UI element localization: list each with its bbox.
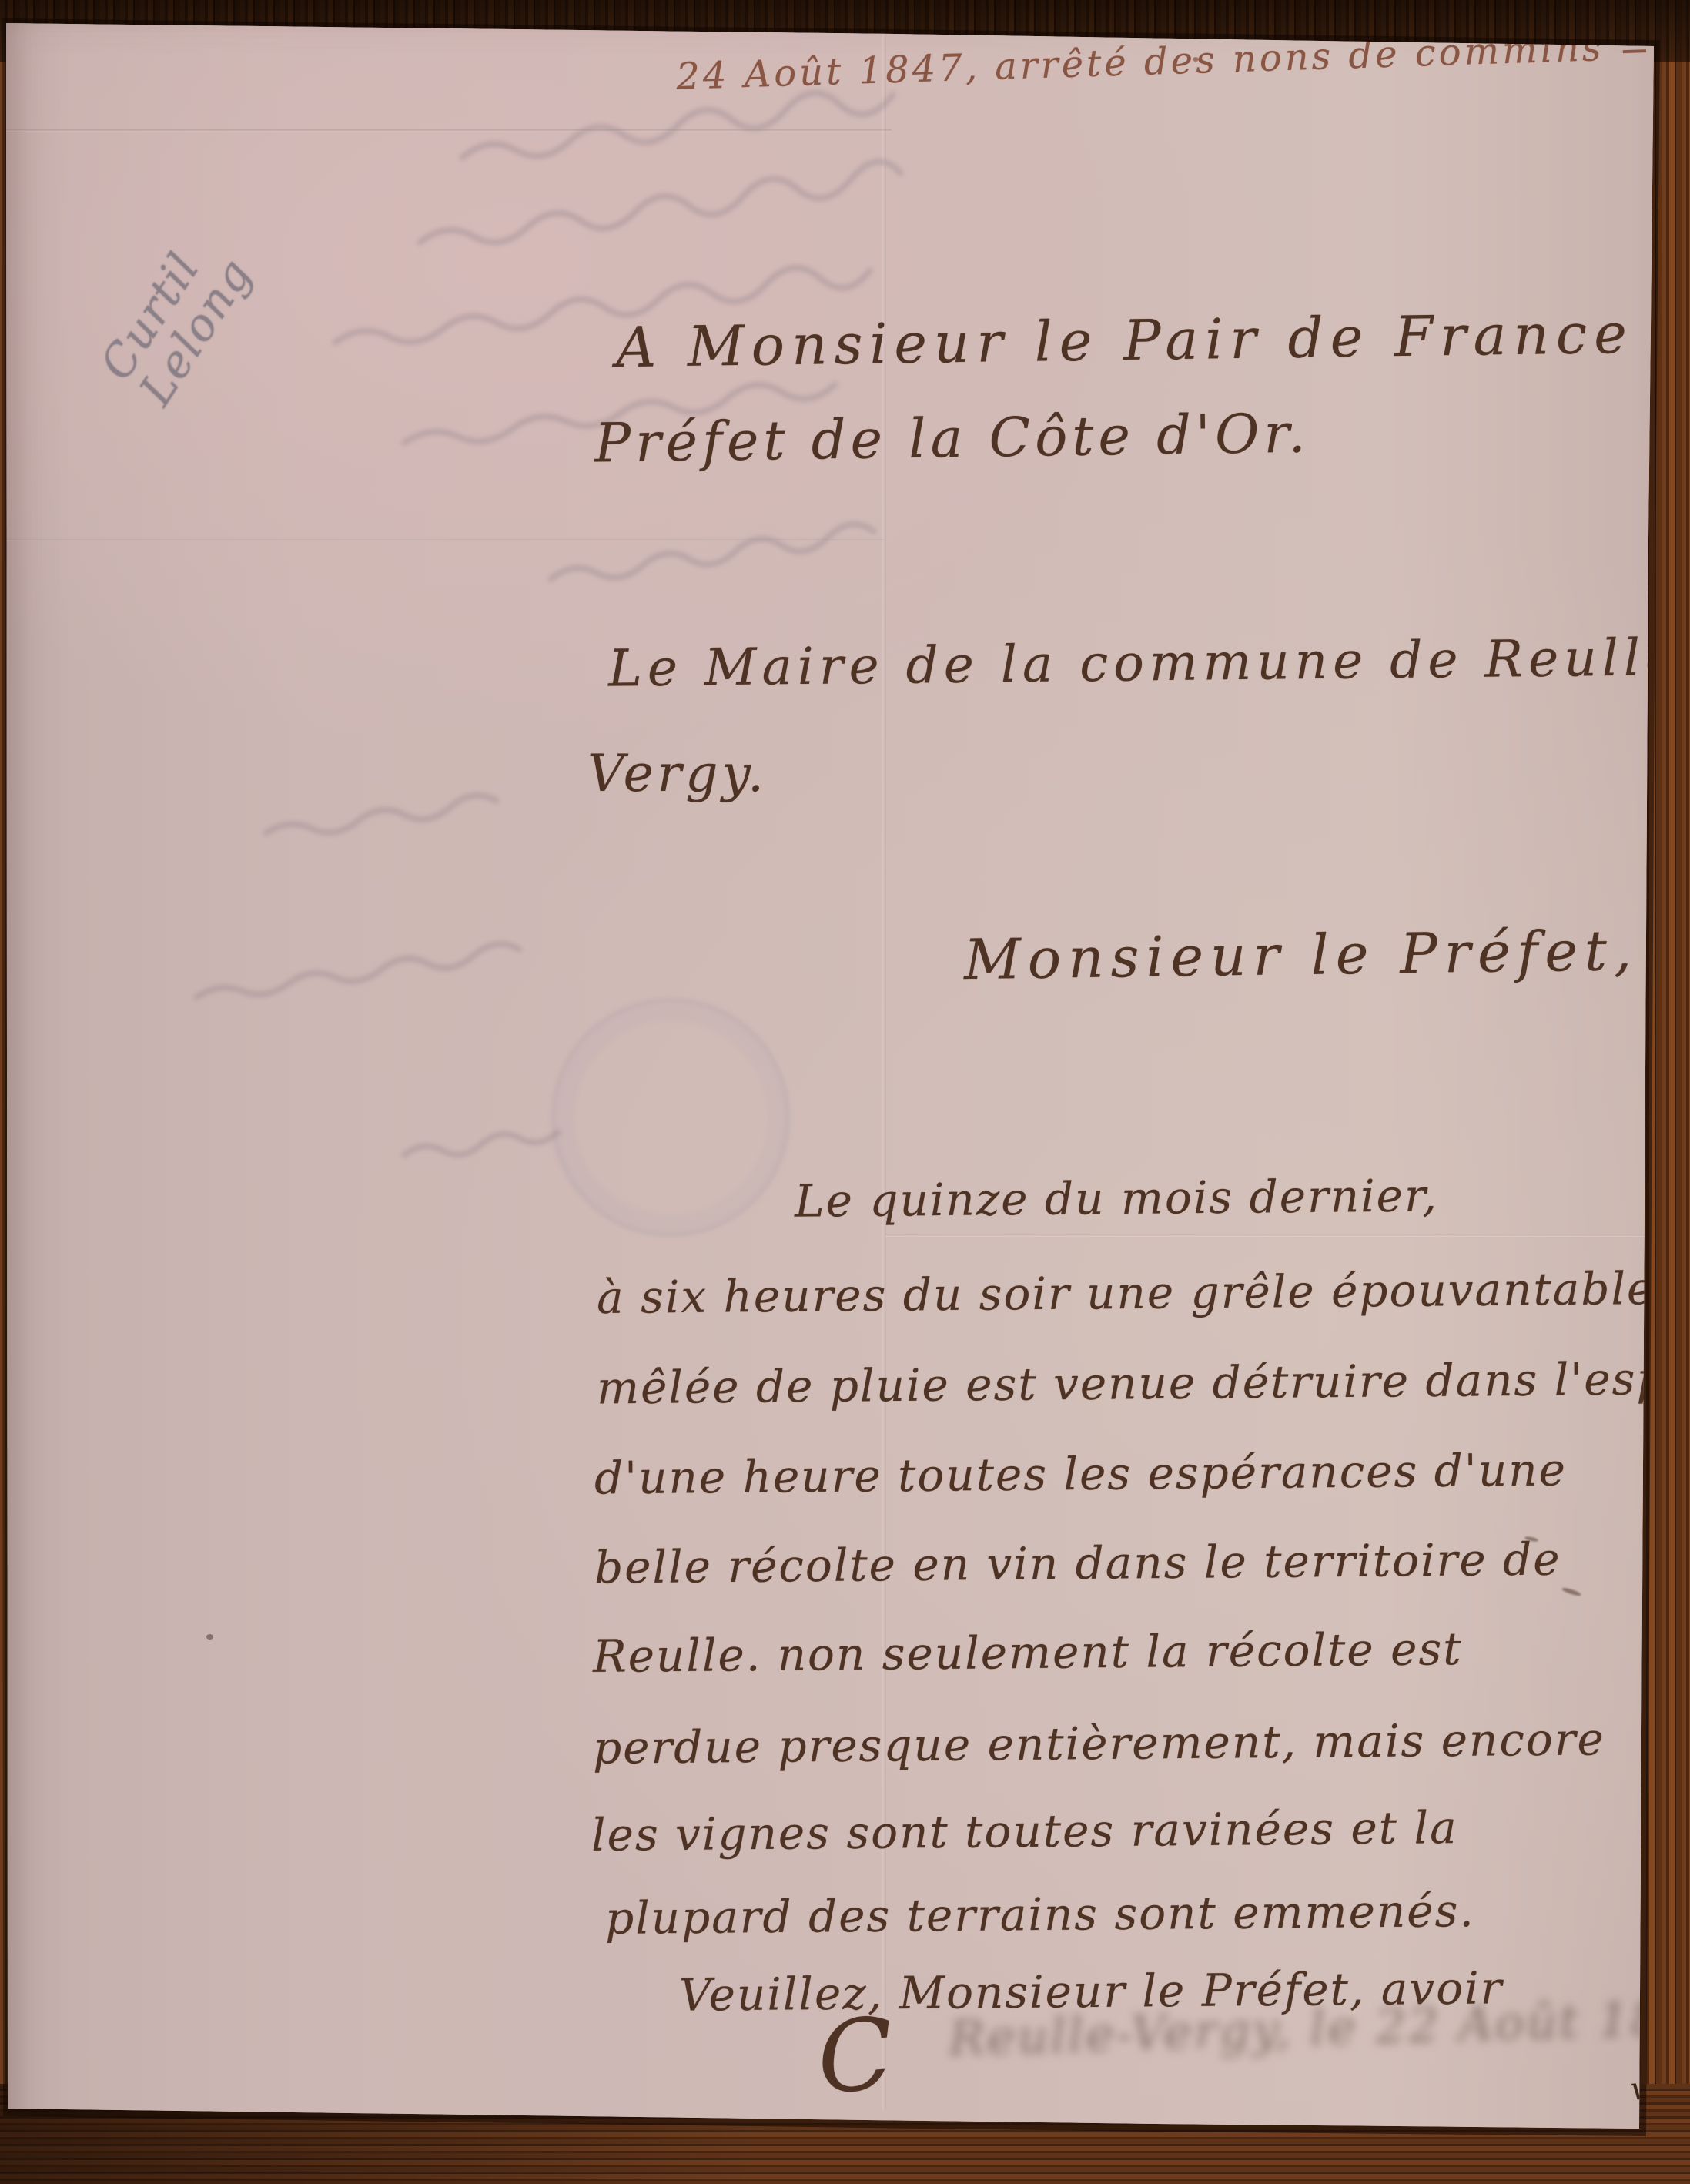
body-line: Le quinze du mois dernier, — [795, 1169, 1438, 1227]
sender-line-1: Le Maire de la commune de Reulle= — [608, 627, 1690, 698]
address-line-2: Préfet de la Côte d'Or. — [594, 402, 1310, 475]
body-line: Reulle. non seulement la récolte est — [593, 1623, 1463, 1683]
body-line: plupard des terrains sont emmenés. — [605, 1884, 1475, 1944]
body-line: à six heures du soir une grêle épouvanta… — [597, 1262, 1655, 1324]
letter-paper: 24 Août 1847, arrêté des nons de commins… — [0, 0, 1690, 2184]
body-line: perdue presque entièrement, mais encore — [593, 1713, 1605, 1774]
body-line: les vignes sont toutes ravinées et la — [591, 1801, 1458, 1861]
catchword-initial: C — [814, 1997, 897, 2116]
salutation: Monsieur le Préfet, — [963, 918, 1638, 992]
ink-speck — [1193, 57, 1199, 62]
body-line: belle récolte en vin dans le territoire … — [594, 1533, 1561, 1594]
ink-speck — [206, 1634, 213, 1640]
sender-line-2: Vergy. — [587, 744, 768, 803]
body-line: d'une heure toutes les espérances d'une — [594, 1443, 1567, 1504]
body-line: mêlée de pluie est venue détruire dans l… — [597, 1352, 1690, 1415]
